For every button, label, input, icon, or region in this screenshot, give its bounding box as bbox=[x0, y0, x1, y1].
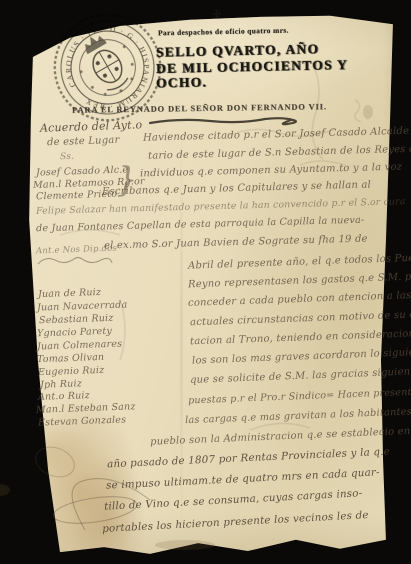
photo-background: CAROLUS · IV · D · G · HISPANIARUM · REX bbox=[0, 0, 411, 564]
paper-crease bbox=[180, 125, 183, 545]
ink-flourishes-overlay bbox=[0, 0, 411, 564]
